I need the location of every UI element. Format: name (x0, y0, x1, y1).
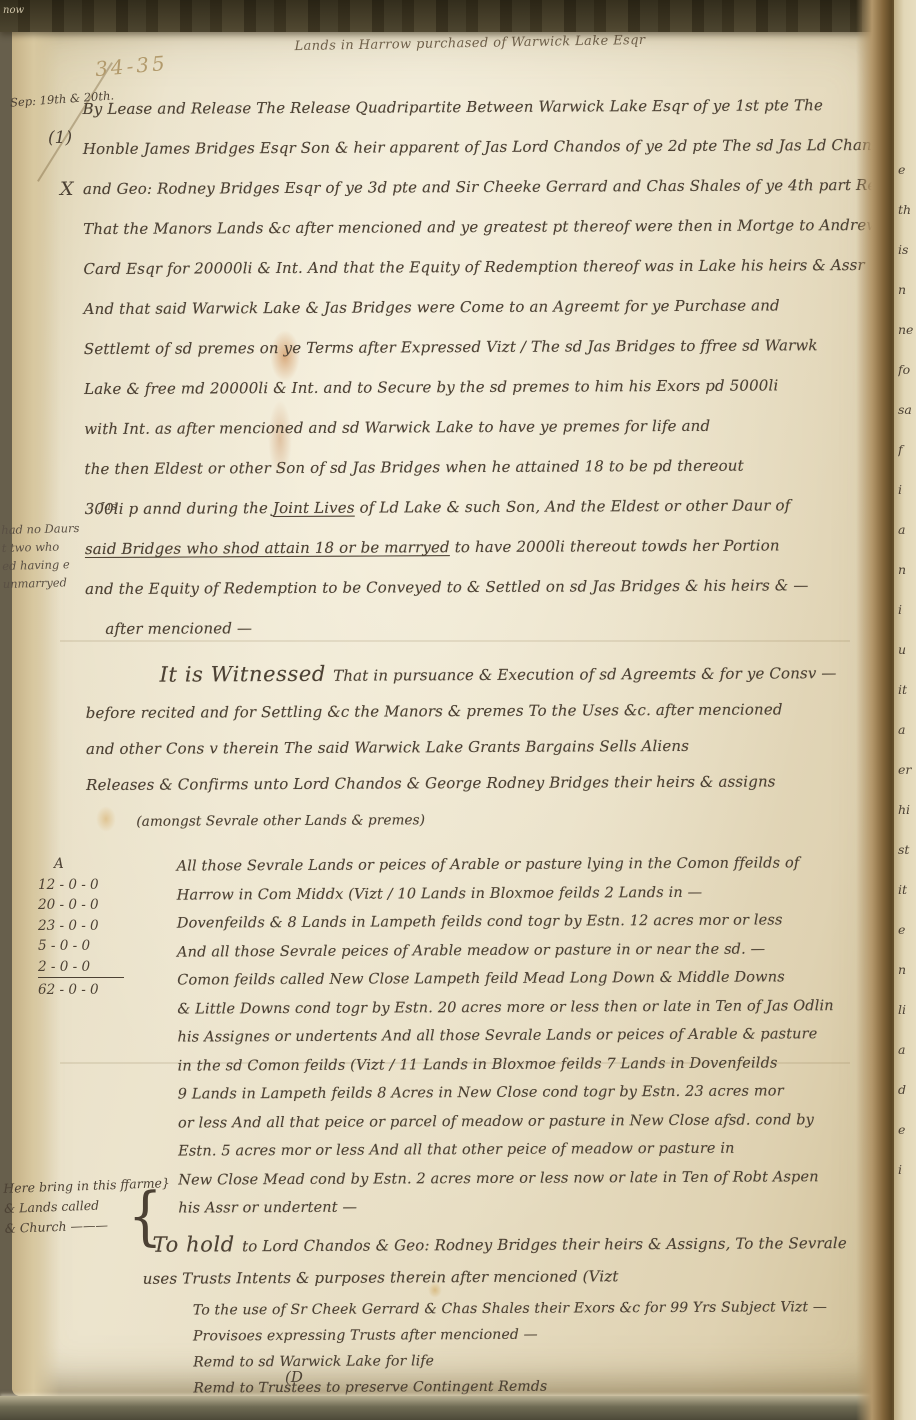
manuscript-line: And that said Warwick Lake & Jas Bridges… (84, 284, 862, 328)
manuscript-line: To hold to Lord Chandos & Geo: Rodney Br… (152, 1225, 866, 1261)
line-text: All those Sevrale Lands or peices of Ara… (177, 855, 800, 874)
edge-fragment: i (898, 1150, 915, 1190)
deed-recitals-section: By Lease and Release The Release Quadrip… (82, 84, 863, 648)
line-underlined-text: Joint Lives (273, 499, 355, 517)
line-text: or less And all that peice or parcel of … (178, 1112, 814, 1131)
line-text: And all those Sevrale peices of Arable m… (177, 941, 765, 960)
line-text: his Assignes or undertents And all those… (177, 1026, 817, 1045)
manuscript-line: Releases & Confirms unto Lord Chandos & … (86, 762, 864, 802)
manuscript-line: By Lease and Release The Release Quadrip… (82, 84, 860, 128)
edge-fragment: is (898, 230, 915, 270)
line-text: 9 Lands in Lampeth feilds 8 Acres in New… (178, 1083, 784, 1102)
manuscript-line: uses Trusts Intents & purposes therein a… (143, 1257, 867, 1293)
edge-fragment: e (898, 150, 915, 190)
line-text: his Assr or undertent — (178, 1200, 357, 1217)
edge-fragment: ne (898, 310, 915, 350)
edge-fragment: hi (898, 790, 915, 830)
manuscript-line: his Assignes or undertents And all those… (177, 1020, 865, 1052)
manuscript-line: and the Equity of Redemption to be Conve… (85, 564, 863, 608)
side-note-line: t two who (2, 537, 81, 557)
edge-fragment: i (898, 590, 915, 630)
side-note-line: had no Daurs (1, 519, 80, 539)
edge-fragment: n (898, 550, 915, 590)
line-text: (amongst Sevrale other Lands & premes) (136, 812, 425, 830)
line-text: 300li p annd during the (85, 499, 273, 518)
edge-fragment: er (898, 750, 915, 790)
book-binding-bottom-edge (0, 1396, 916, 1420)
line-text: Provisoes expressing Trusts after mencio… (193, 1326, 538, 1344)
manuscript-line: All those Sevrale Lands or peices of Ara… (177, 849, 865, 881)
deed-habendum-section: To hold to Lord Chandos & Geo: Rodney Br… (88, 1225, 866, 1293)
manuscript-line: 300li p annd during the Joint Lives of L… (85, 484, 863, 528)
line-text: with Int. as after mencioned and sd Warw… (84, 417, 710, 438)
edge-fragment: sa (898, 390, 915, 430)
manuscript-line: Provisoes expressing Trusts after mencio… (193, 1319, 867, 1349)
deed-parcels-section: All those Sevrale Lands or peices of Ara… (87, 849, 867, 1224)
edge-fragment: it (898, 870, 915, 910)
manuscript-line: To the use of Sr Cheek Gerrard & Chas Sh… (193, 1293, 867, 1323)
margin-side-note: had no Daurst two whoed having eunmarrye… (1, 519, 81, 593)
binding-gutter (856, 0, 896, 1420)
line-text: to have 2000li thereout towds her Portio… (450, 536, 780, 556)
manuscript-line: 9 Lands in Lampeth feilds 8 Acres in New… (178, 1077, 866, 1109)
deed-text-block: By Lease and Release The Release Quadrip… (82, 84, 867, 1420)
line-text: Remd to Trustees to preserve Contingent … (193, 1378, 547, 1396)
edge-fragment: i (898, 470, 915, 510)
edge-fragment: a (898, 710, 915, 750)
line-text: of Ld Lake & such Son, And the Eldest or… (355, 496, 791, 516)
line-text: By Lease and Release The Release Quadrip… (83, 96, 823, 118)
line-text: in the sd Comon feilds (Vizt / 11 Lands … (178, 1055, 778, 1074)
deed-witnessing-section: It is Witnessed That in pursuance & Exec… (85, 654, 864, 839)
line-text: That in pursuance & Execution of sd Agre… (333, 664, 836, 685)
line-text: Releases & Confirms unto Lord Chandos & … (86, 772, 776, 794)
manuscript-line: and Geo: Rodney Bridges Esqr of ye 3d pt… (83, 164, 861, 208)
manuscript-line: Settlemt of sd premes on ye Terms after … (84, 324, 862, 368)
manuscript-line: after mencioned — (105, 604, 863, 648)
edge-fragment: e (898, 910, 915, 950)
manuscript-line: That the Manors Lands &c after mencioned… (83, 204, 861, 248)
line-text: Comon feilds called New Close Lampeth fe… (177, 969, 785, 988)
manuscript-line: his Assr or undertent — (178, 1191, 866, 1223)
line-text: Settlemt of sd premes on ye Terms after … (84, 336, 818, 358)
line-text: uses Trusts Intents & purposes therein a… (143, 1267, 619, 1287)
edge-fragment: f (898, 430, 915, 470)
book-binding-top-edge (0, 0, 916, 32)
manuscript-line: said Bridges who shod attain 18 or be ma… (85, 524, 863, 568)
edge-fragment: a (898, 1030, 915, 1070)
edge-fragment: a (898, 510, 915, 550)
line-text: To the use of Sr Cheek Gerrard & Chas Sh… (193, 1299, 827, 1318)
line-text: the then Eldest or other Son of sd Jas B… (84, 457, 743, 478)
manuscript-line: Lake & free md 20000li & Int. and to Sec… (84, 364, 862, 408)
side-note-line: unmarryed (2, 573, 81, 593)
manuscript-line: Dovenfeilds & 8 Lands in Lampeth feilds … (177, 906, 865, 938)
manuscript-line: (amongst Sevrale other Lands & premes) (136, 798, 864, 839)
next-page-text-fragments: ethisnnefosafianiuitaerhistitenliadei (898, 150, 915, 1190)
manuscript-line: Card Esqr for 20000li & Int. And that th… (83, 244, 861, 288)
manuscript-line: with Int. as after mencioned and sd Warw… (84, 404, 862, 448)
line-text: That the Manors Lands &c after mencioned… (83, 216, 879, 238)
manuscript-line: Honble James Bridges Esqr Son & heir app… (83, 124, 861, 168)
manuscript-line: And all those Sevrale peices of Arable m… (177, 934, 865, 966)
line-underlined-text: said Bridges who shod attain 18 or be ma… (85, 538, 450, 558)
line-text: and other Cons v therein The said Warwic… (86, 737, 689, 758)
line-text: to Lord Chandos & Geo: Rodney Bridges th… (242, 1234, 847, 1255)
manuscript-line: or less And all that peice or parcel of … (178, 1105, 866, 1137)
line-text: Estn. 5 acres mor or less And all that o… (178, 1141, 735, 1160)
manuscript-line: and other Cons v therein The said Warwic… (86, 726, 864, 766)
edge-fragment: st (898, 830, 915, 870)
manuscript-line: Estn. 5 acres mor or less And all that o… (178, 1134, 866, 1166)
margin-cross-mark: X (60, 178, 74, 200)
manuscript-line: & Little Downs cond togr by Estn. 20 acr… (177, 991, 865, 1023)
manuscript-line: It is Witnessed That in pursuance & Exec… (159, 654, 863, 694)
edge-fragment: u (898, 630, 915, 670)
manuscript-line: the then Eldest or other Son of sd Jas B… (84, 444, 862, 488)
line-text: Harrow in Com Middx (Vizt / 10 Lands in … (177, 884, 703, 903)
line-text: Honble James Bridges Esqr Son & heir app… (83, 136, 899, 158)
catchword: (D (285, 1368, 303, 1386)
line-text: and Geo: Rodney Bridges Esqr of ye 3d pt… (83, 176, 916, 198)
edge-fragment: n (898, 270, 915, 310)
line-text: Remd to sd Warwick Lake for life (193, 1353, 434, 1370)
line-text: & Little Downs cond togr by Estn. 20 acr… (177, 998, 834, 1017)
line-text: and the Equity of Redemption to be Conve… (85, 576, 808, 598)
manuscript-line: New Close Mead cond by Estn. 2 acres mor… (178, 1162, 866, 1194)
margin-item-number: (1) (48, 128, 72, 148)
edge-fragment: li (898, 990, 915, 1030)
edge-fragment: th (898, 190, 915, 230)
edge-fragment: n (898, 950, 915, 990)
side-note-line: ed having e (2, 555, 81, 575)
corner-scribble: now (3, 5, 24, 16)
line-text: New Close Mead cond by Estn. 2 acres mor… (178, 1169, 819, 1188)
line-text: before recited and for Settling &c the M… (86, 700, 783, 722)
edge-fragment: it (898, 670, 915, 710)
manuscript-line: before recited and for Settling &c the M… (86, 690, 864, 730)
manuscript-line: Harrow in Com Middx (Vizt / 10 Lands in … (177, 877, 865, 909)
line-text: after mencioned — (105, 619, 252, 638)
edge-fragment: e (898, 1110, 915, 1150)
line-emphasis: To hold (152, 1232, 242, 1256)
manuscript-line: in the sd Comon feilds (Vizt / 11 Lands … (178, 1048, 866, 1080)
edge-fragment: d (898, 1070, 915, 1110)
line-text: And that said Warwick Lake & Jas Bridges… (84, 296, 780, 318)
edge-fragment: fo (898, 350, 915, 390)
line-text: Dovenfeilds & 8 Lands in Lampeth feilds … (177, 912, 783, 931)
line-text: Card Esqr for 20000li & Int. And that th… (83, 256, 864, 278)
manuscript-line: Comon feilds called New Close Lampeth fe… (177, 963, 865, 995)
line-emphasis: It is Witnessed (160, 662, 334, 687)
line-text: Lake & free md 20000li & Int. and to Sec… (84, 376, 778, 398)
